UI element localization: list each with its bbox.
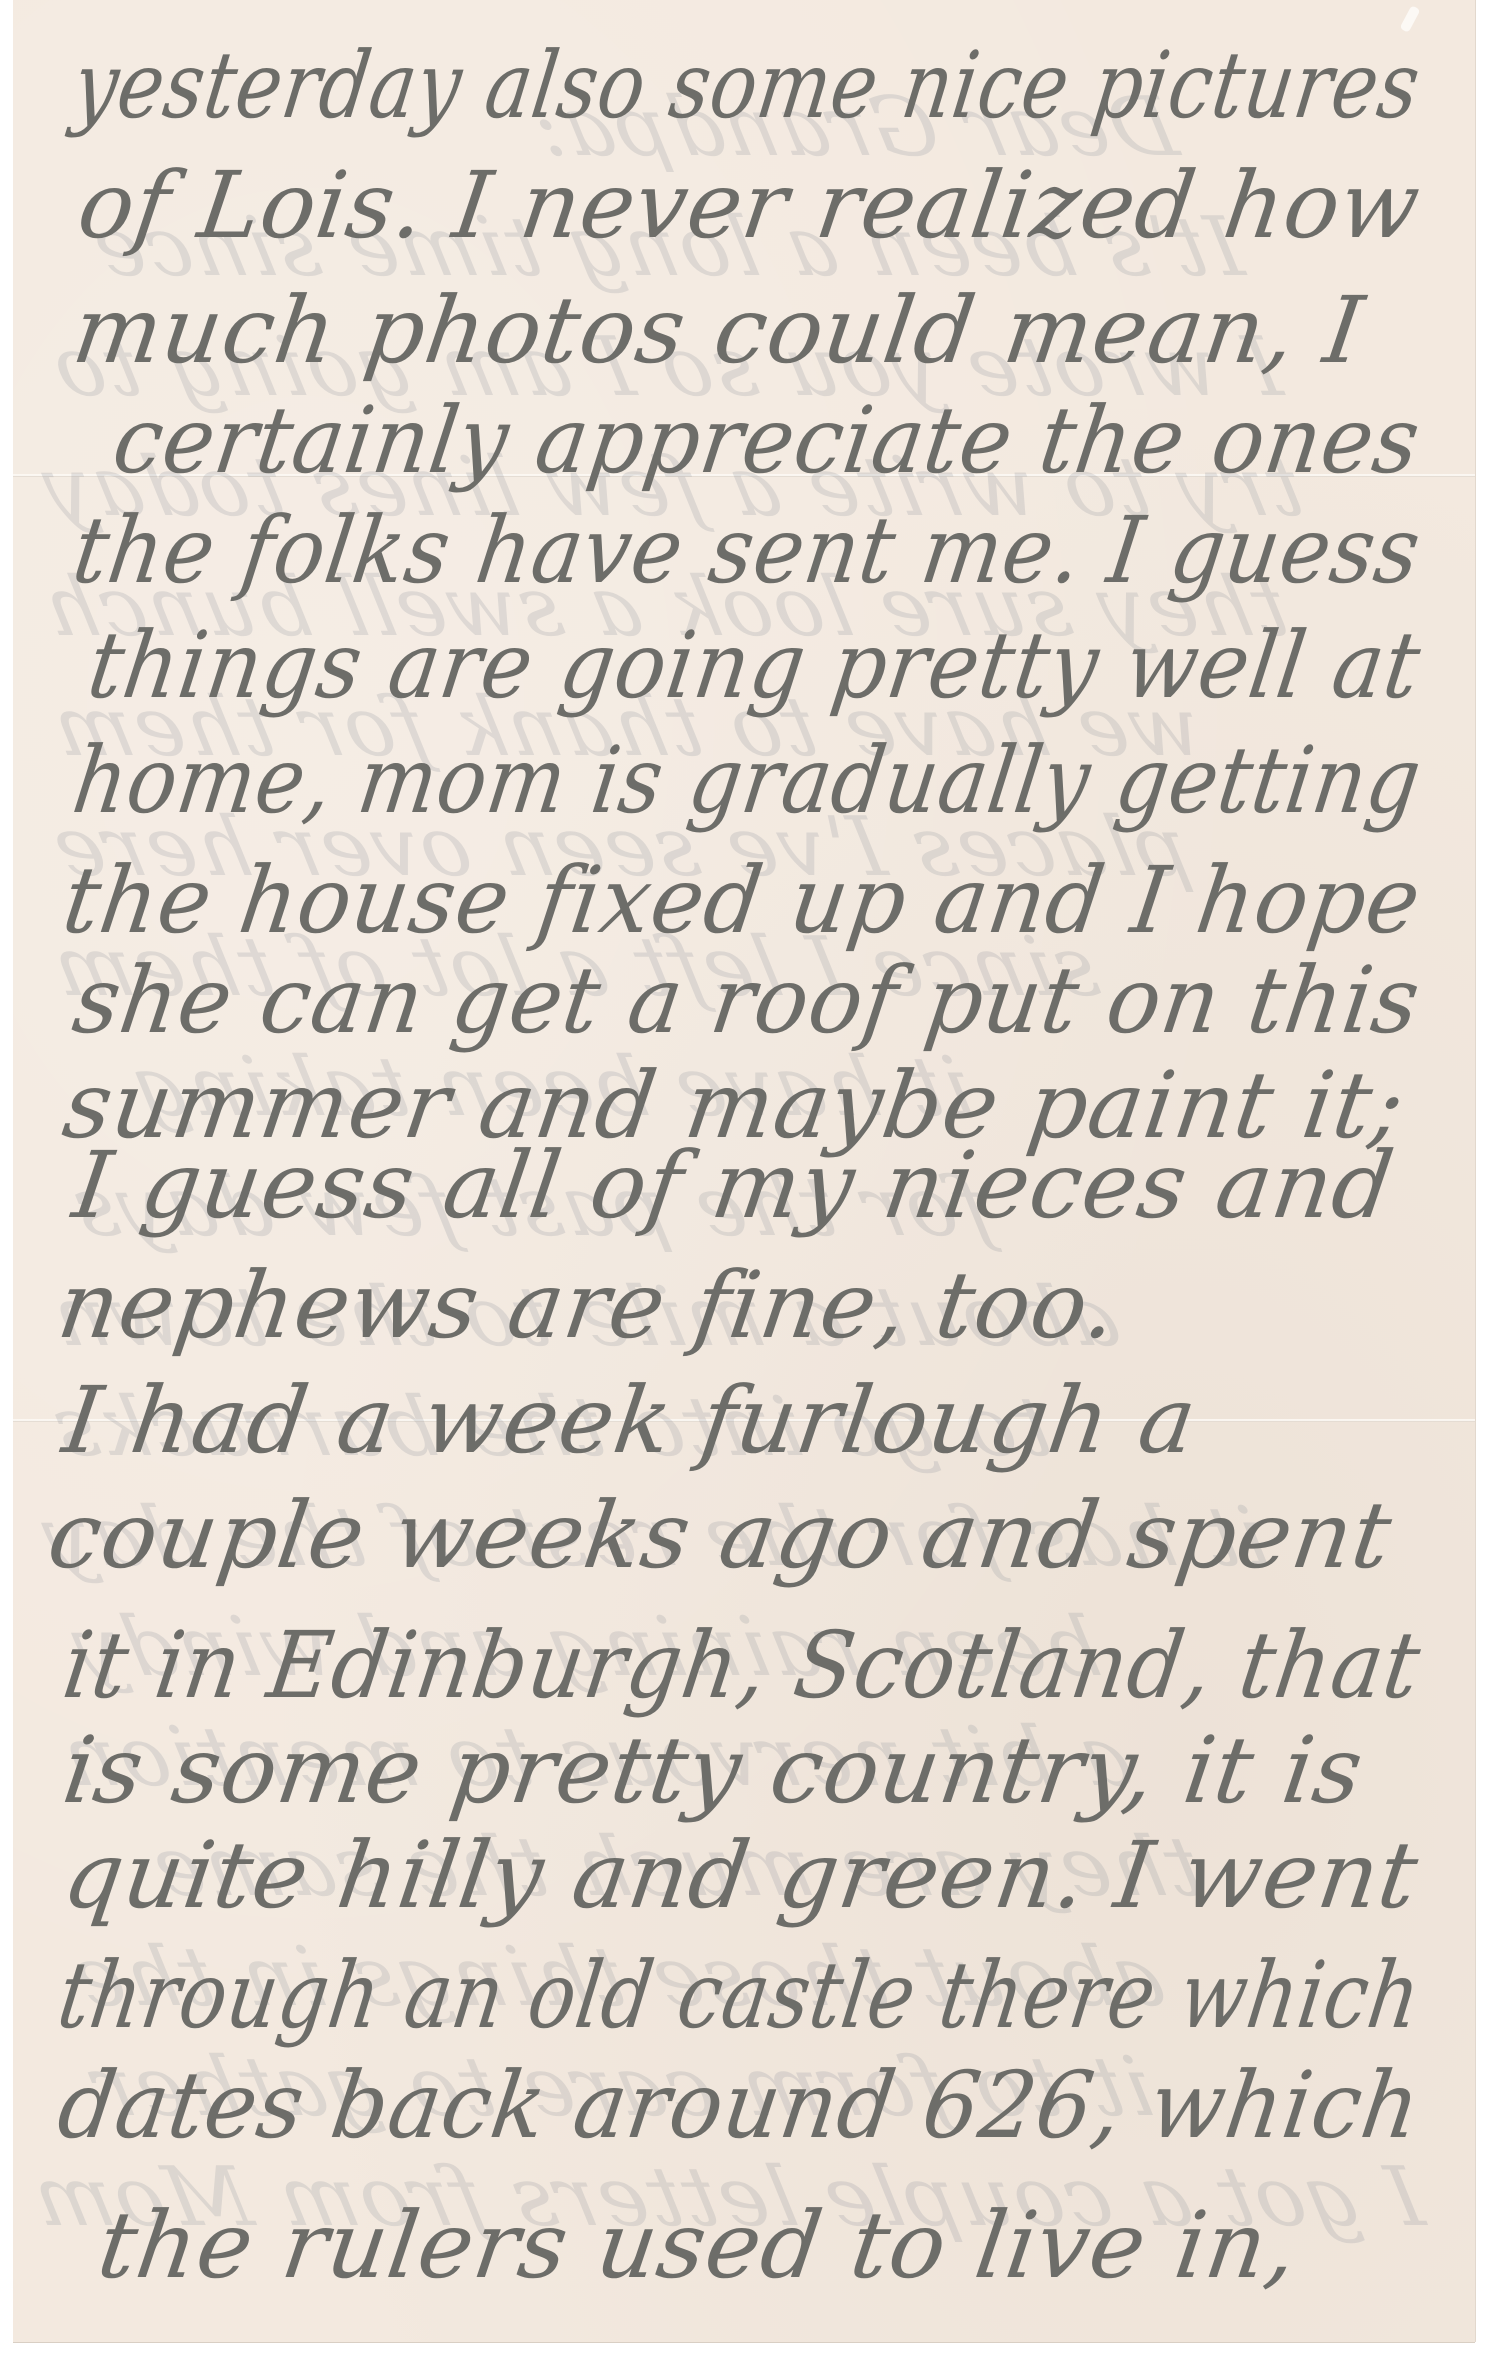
letter-paper: Dear Grandpa: It's been a long time sinc… [13,0,1475,2342]
letter-line: dates back around 626, which [53,2060,1426,2152]
letter-line: things are going pretty well at [83,620,1426,712]
letter-body: yesterday also some nice pictures of Loi… [13,0,1475,2342]
letter-line: of Lois. I never realized how [73,160,1426,252]
letter-line: the folks have sent me. I guess [68,505,1426,597]
letter-line: I guess all of my nieces and [68,1140,1399,1232]
letter-line: home, mom is gradually getting [68,735,1427,827]
letter-line: I had a week furlough a [58,1375,1202,1467]
letter-line: through an old castle there which [53,1950,1426,2042]
letter-line: the house fixed up and I hope [58,855,1426,947]
letter-line: certainly appreciate the ones [108,395,1426,487]
letter-line: it in Edinburgh, Scotland, that [58,1620,1426,1712]
letter-line: quite hilly and green. I went [58,1830,1424,1922]
letter-line: the rulers used to live in, [93,2200,1303,2292]
letter-line: much photos could mean, I [68,285,1369,377]
letter-line: she can get a roof put on this [68,955,1426,1047]
letter-line: couple weeks ago and spent [43,1490,1397,1582]
letter-line: yesterday also some nice pictures [68,40,1426,132]
letter-line: nephews are fine, too. [53,1260,1123,1352]
letter-line: is some pretty country, it is [58,1725,1369,1817]
